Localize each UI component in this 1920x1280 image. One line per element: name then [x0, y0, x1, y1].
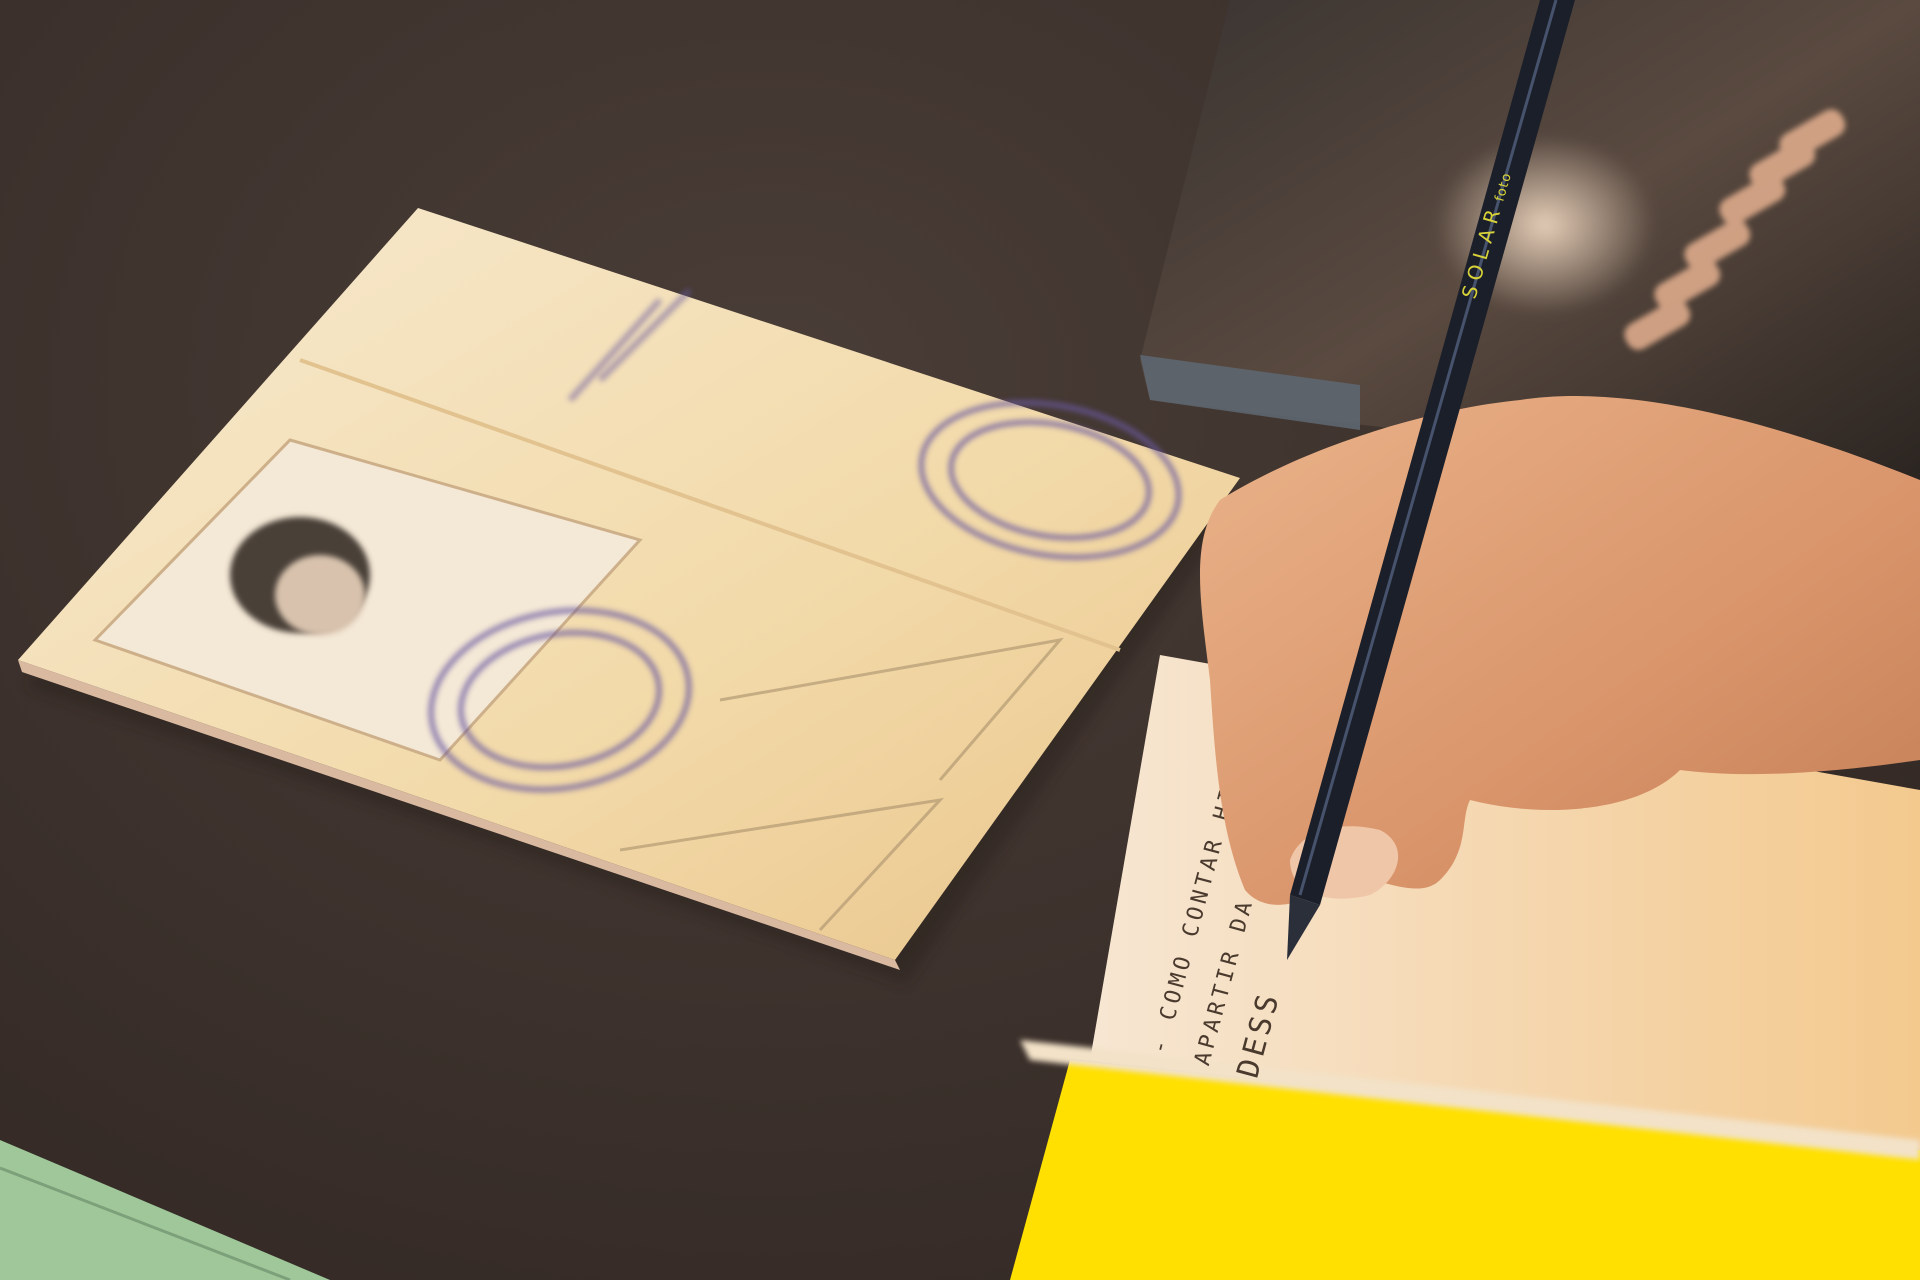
photo-scene: - COMO CONTAR HISTÓRIA APARTIR DA MULTIP…: [0, 0, 1920, 1280]
open-passport: [18, 208, 1246, 983]
photo-illustration: - COMO CONTAR HISTÓRIA APARTIR DA MULTIP…: [0, 0, 1920, 1280]
green-booklet: [0, 1140, 330, 1280]
